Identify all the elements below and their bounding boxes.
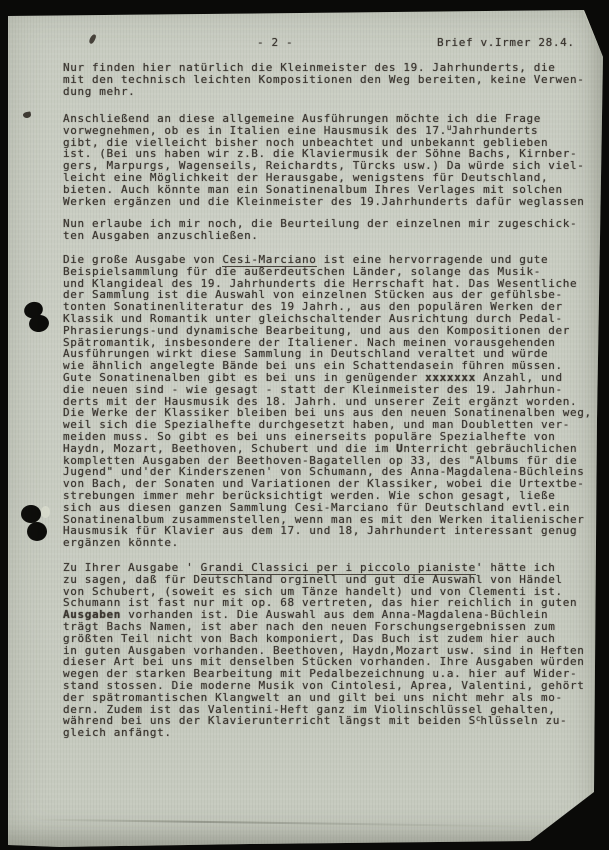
text-layer: - 2 - Brief v.Irmer 28.4. Nur finden hie… [0, 0, 609, 850]
paper-tear [41, 506, 50, 518]
paragraph: Nur finden hier natürlich die Kleinmeist… [63, 62, 609, 97]
text-line: mit den technisch leichten Kompositionen… [63, 74, 609, 86]
paragraph: Die große Ausgabe von Cesi-Marciano ist … [63, 254, 609, 549]
text-line: dung mehr. [63, 86, 609, 98]
page-number: - 2 - [257, 36, 293, 49]
text-line: gleich anfängt. [63, 727, 609, 739]
scanned-letter-page: - 2 - Brief v.Irmer 28.4. Nur finden hie… [0, 0, 609, 850]
doc-reference: Brief v.Irmer 28.4. [437, 36, 575, 49]
paragraph: Nun erlaube ich mir noch, die Beurteilun… [63, 218, 609, 242]
paper-sheet: - 2 - Brief v.Irmer 28.4. Nur finden hie… [0, 0, 609, 850]
punch-hole [27, 522, 47, 541]
scanner-background: { "colors": { "paper": "#c6cabf", "ink":… [0, 0, 609, 850]
punch-hole [21, 505, 41, 523]
text-line: ergänzen könnte. [63, 537, 609, 549]
paragraph: Zu Ihrer Ausgabe ' Grandi Classici per i… [63, 562, 609, 739]
paragraph: Anschließend an diese allgemeine Ausführ… [63, 113, 609, 207]
text-line: ten Ausgaben anzuschließen. [63, 230, 609, 242]
text-line: Werken ergänzen und die Kleinmeister des… [63, 196, 609, 208]
